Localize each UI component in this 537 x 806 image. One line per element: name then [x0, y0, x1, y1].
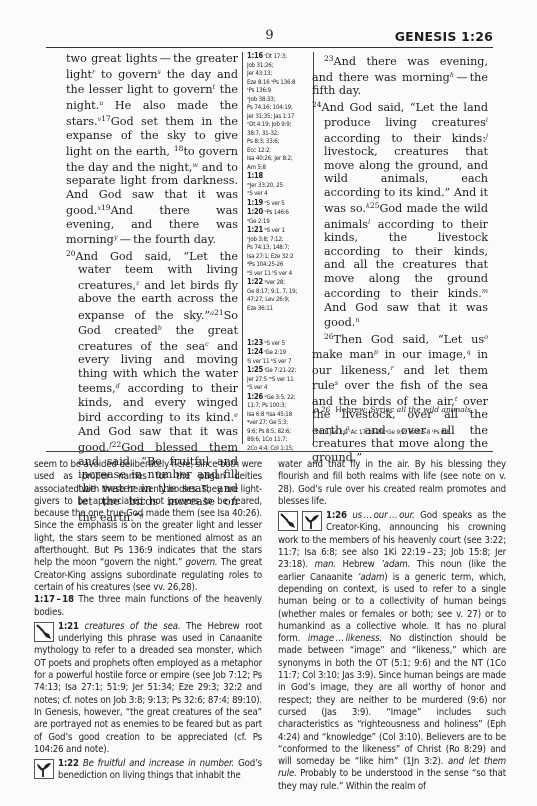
verse-number: 23	[324, 54, 334, 63]
cross-reference-line: Ps 8:3; 33:6;	[247, 138, 313, 147]
cross-reference-text: Ecc 12:2;	[247, 147, 271, 154]
cross-reference-line: ᵠver 27; Ge 5:3;	[247, 419, 313, 428]
cross-reference-text: 11:7; Ps 100:3;	[247, 402, 286, 409]
study-note-1-17: 1:17 – 18 The three main functions of th…	[34, 594, 262, 619]
cross-reference-text: Ps 74:16; 104:19;	[247, 104, 293, 111]
cross-reference-text: Isa 40:26; Jer 8:2;	[247, 155, 293, 162]
cross-reference-line: 47:27; Lev 26:9;	[247, 296, 313, 305]
cross-reference-text: ʸS ver 5	[263, 200, 285, 207]
trowel-icon	[278, 511, 298, 531]
cross-reference-line: ˣS ver 4	[247, 190, 313, 199]
verse-text: in our image,	[378, 348, 466, 361]
cross-reference-line	[247, 313, 313, 322]
bible-text-right-column: 23And there was evening, and there was m…	[312, 52, 488, 464]
study-note-1-26: 1:26 us … our … our. God speaks as the C…	[278, 510, 506, 793]
cross-reference-text: ˡGe 7:21-22;	[263, 367, 296, 374]
verse-text: to govern	[95, 68, 157, 81]
cross-reference-line	[247, 322, 313, 331]
cross-reference-line: Jer 27:5 ᵐS ver 11	[247, 376, 313, 385]
cross-reference-line: ᵛDt 4:19; Job 9:9;	[247, 121, 313, 130]
page-header: 9 GENESIS 1:26	[46, 27, 493, 48]
cross-reference-text	[247, 313, 249, 320]
bible-paragraph-verse-23: 23And there was evening, and there was m…	[312, 52, 488, 98]
cross-reference-verse: 1:21	[247, 226, 263, 234]
cross-reference-line: 11:7; Ps 100:3;	[247, 402, 313, 411]
cross-reference-line: ʷJer 33:20, 25	[247, 182, 313, 191]
cross-reference-line: ᵉS ver 11 ᶠS ver 4	[247, 270, 313, 279]
cross-reference-text: 89:6; 1Co 11:7;	[247, 436, 287, 443]
cross-reference-verse: 1:24	[247, 348, 263, 356]
cross-reference-line: ⁿS ver 4	[247, 384, 313, 393]
section-divider	[46, 451, 493, 452]
cross-reference-line: 1:22 ᵍver 28;	[247, 278, 313, 288]
verse-number: 21	[214, 308, 224, 317]
cross-reference-text: ᶜJob 3:8; 7:12;	[247, 236, 283, 243]
verse-text: And God said, “Let the land produce livi…	[322, 101, 488, 130]
bible-paragraph-verse-24: 24And God said, “Let the land produce li…	[312, 98, 488, 330]
verse-number: 20	[66, 249, 76, 258]
cross-reference-text: 38:7, 31-32;	[247, 130, 279, 137]
cross-reference-line: Jer 31:35; Jas 1:17	[247, 113, 313, 122]
plant-icon	[302, 511, 322, 531]
cross-reference-line: 1:19 ʸS ver 5	[247, 199, 313, 209]
cross-reference-column: 1:16 ʳDt 17:3;Job 31:26;Jer 43:13;Eze 8:…	[242, 52, 314, 444]
study-note-intro: seem to be avoided deliberately here, si…	[34, 459, 262, 594]
cross-reference-line: 1:24 ⁱGe 2:19	[247, 348, 313, 358]
verse-text: according to their kinds:	[324, 132, 486, 145]
cross-reference-verse: 1:25	[247, 366, 263, 374]
cross-reference-text: Jer 43:13;	[247, 70, 272, 77]
cross-reference-line: Ps 74:13; 148:7;	[247, 244, 313, 253]
cross-reference-line: ᵈPs 104:25-26	[247, 261, 313, 270]
cross-reference-text: Jer 27:5 ᵐS ver 11	[247, 376, 293, 383]
verse-number: 17	[101, 114, 111, 123]
cross-reference-text: ᵉS ver 11 ᶠS ver 4	[247, 270, 292, 277]
cross-reference-text: Ge 8:17; 9:1, 7, 19;	[247, 288, 297, 295]
verse-text: make man	[312, 348, 374, 361]
cross-reference-text: ᵛDt 4:19; Job 9:9;	[247, 121, 291, 128]
verse-text: Then God said, “Let us	[334, 333, 485, 346]
cross-reference-marker[interactable]: n	[355, 316, 359, 324]
cross-reference-text: Ps 74:13; 148:7;	[247, 244, 289, 251]
cross-reference-marker[interactable]: i	[486, 116, 488, 124]
cross-reference-line: Jer 43:13;	[247, 70, 313, 79]
note-reference: 1:26	[326, 510, 347, 521]
cross-reference-continuation: 3:10; Jas 3:9 ʳAc 17:28-29 ˢGe 9:2; Ps 8…	[314, 430, 450, 436]
cross-reference-line: Ps 74:16; 104:19;	[247, 104, 313, 113]
cross-reference-marker[interactable]: j	[486, 132, 488, 140]
study-note-1-22: 1:22 Be fruitful and increase in number.…	[34, 758, 262, 783]
bible-text-left-column: two great lights — the greater lightr to…	[66, 52, 238, 524]
verse-number: 22	[112, 440, 122, 449]
cross-reference-line: Ge 8:17; 9:1, 7, 19;	[247, 288, 313, 297]
cross-reference-line: Eze 8:16 ˢPs 136:8	[247, 79, 313, 88]
cross-reference-text: ˣS ver 4	[247, 190, 268, 197]
cross-reference-text: ʰS ver 5	[263, 340, 285, 347]
cross-reference-line: Ecc 12:2;	[247, 147, 313, 156]
cross-reference-line: Isa 6:8 ᵖIsa 45:18	[247, 411, 313, 420]
running-head: GENESIS 1:26	[395, 29, 493, 44]
footnote-text: Hebrew; Syriac	[335, 405, 397, 414]
cross-reference-text: ʲS ver 11 ᵏS ver 7	[247, 358, 291, 365]
cross-reference-text: ⁿS ver 4	[247, 384, 267, 391]
cross-reference-line: 1:23 ʰS ver 5	[247, 339, 313, 349]
verse-text: — the fourth day.	[118, 233, 216, 246]
bible-paragraph-verse-26: 26Then God said, “Let uso make manp in o…	[312, 330, 488, 465]
cross-reference-text: ᵗPs 136:9	[247, 87, 271, 94]
verse-text: And God saw that it was good.	[324, 301, 488, 330]
cross-reference-text: Eze 8:16 ˢPs 136:8	[247, 79, 295, 86]
cross-reference-line: ʲS ver 11 ᵏS ver 7	[247, 358, 313, 367]
cross-reference-line: ᵃGe 2:19	[247, 218, 313, 227]
study-notes-right: water and that fly in the air. By his bl…	[278, 459, 506, 793]
footnote-marker: a 26	[314, 405, 330, 414]
footnote-italic: all the wild animals	[397, 405, 471, 414]
cross-reference-line: 9:6; Ps 8:5; 82:6;	[247, 428, 313, 437]
cross-reference-text: Isa 27:1; Eze 32:2	[247, 253, 293, 260]
plant-icon	[34, 759, 54, 779]
cross-reference-text: ᵍver 28;	[263, 279, 285, 286]
bible-paragraph: two great lights — the greater lightr to…	[66, 52, 238, 247]
cross-reference-line: 89:6; 1Co 11:7;	[247, 436, 313, 445]
cross-reference-verse: 1:22	[247, 278, 263, 286]
note-reference: 1:22	[58, 758, 79, 769]
cross-reference-text: 47:27; Lev 26:9;	[247, 296, 289, 303]
cross-reference-line: 1:16 ʳDt 17:3;	[247, 52, 313, 62]
cross-reference-text: Isa 6:8 ᵖIsa 45:18	[247, 411, 292, 418]
cross-reference-line: 38:7, 31-32;	[247, 130, 313, 139]
cross-reference-line: ᵗPs 136:9	[247, 87, 313, 96]
cross-reference-verse: 1:23	[247, 339, 263, 347]
cross-reference-marker[interactable]: e	[234, 411, 238, 419]
cross-reference-line: Am 5:8	[247, 164, 313, 173]
cross-reference-text: ᵃGe 2:19	[247, 218, 270, 225]
cross-reference-text: ʳDt 17:3;	[263, 53, 287, 60]
cross-reference-line	[247, 330, 313, 339]
note-reference: 1:21	[58, 621, 79, 632]
verse-number: 18	[174, 144, 184, 153]
cross-reference-text	[263, 173, 265, 180]
cross-reference-text: ᵒGe 3:5, 22;	[263, 394, 295, 401]
cross-reference-text	[247, 322, 249, 329]
cross-reference-line: ᵘJob 38:33;	[247, 96, 313, 105]
note-reference: 1:17 – 18	[34, 594, 74, 605]
cross-reference-text: ʷJer 33:20, 25	[247, 182, 283, 189]
cross-reference-marker[interactable]: m	[482, 287, 488, 295]
cross-reference-line: 1:20 ᶻPs 146:6	[247, 208, 313, 218]
cross-reference-text: Eze 36:11	[247, 305, 273, 312]
cross-reference-line: Eze 36:11	[247, 305, 313, 314]
cross-reference-text: ᵇS ver 1	[263, 227, 285, 234]
cross-reference-text: Job 31:26;	[247, 62, 273, 69]
cross-reference-verse: 1:26	[247, 393, 263, 401]
cross-reference-text: 9:6; Ps 8:5; 82:6;	[247, 428, 291, 435]
cross-reference-line: 1:21 ᵇS ver 1	[247, 226, 313, 236]
verse-number: 26	[324, 332, 334, 341]
verse-number: 24	[312, 100, 322, 109]
cross-reference-text: ᵠver 27; Ge 5:3;	[247, 419, 288, 426]
cross-reference-line: 1:26 ᵒGe 3:5, 22;	[247, 393, 313, 403]
cross-reference-text: ᵈPs 104:25-26	[247, 261, 283, 268]
cross-reference-marker[interactable]: o	[484, 333, 488, 341]
cross-reference-line: Isa 27:1; Eze 32:2	[247, 253, 313, 262]
study-note-continuation: water and that fly in the air. By his bl…	[278, 459, 506, 508]
cross-reference-text: ⁱGe 2:19	[263, 349, 286, 356]
study-note-1-21: 1:21 creatures of the sea. The Hebrew ro…	[34, 621, 262, 756]
cross-reference-text: ᶻPs 146:6	[263, 209, 289, 216]
cross-reference-text: ᵘJob 38:33;	[247, 96, 275, 103]
cross-reference-line: Job 31:26;	[247, 62, 313, 71]
cross-reference-line: 1:18	[247, 172, 313, 182]
translation-footnote: a 26 Hebrew; Syriac all the wild animals	[314, 405, 471, 414]
cross-reference-verse: 1:18	[247, 172, 263, 180]
cross-reference-text	[247, 330, 249, 337]
study-notes-left: seem to be avoided deliberately here, si…	[34, 459, 262, 783]
cross-reference-verse: 1:16	[247, 52, 263, 60]
trowel-icon	[34, 622, 54, 642]
verse-number: 19	[101, 203, 111, 212]
cross-reference-line: Isa 40:26; Jer 8:2;	[247, 155, 313, 164]
cross-reference-line: 1:25 ˡGe 7:21-22;	[247, 366, 313, 376]
cross-reference-verse: 1:20	[247, 208, 263, 216]
cross-reference-verse: 1:19	[247, 199, 263, 207]
cross-reference-text: Ps 8:3; 33:6;	[247, 138, 279, 145]
cross-reference-text: Am 5:8	[247, 164, 266, 171]
cross-reference-text: Jer 31:35; Jas 1:17	[247, 113, 294, 120]
cross-reference-line: ᶜJob 3:8; 7:12;	[247, 236, 313, 245]
